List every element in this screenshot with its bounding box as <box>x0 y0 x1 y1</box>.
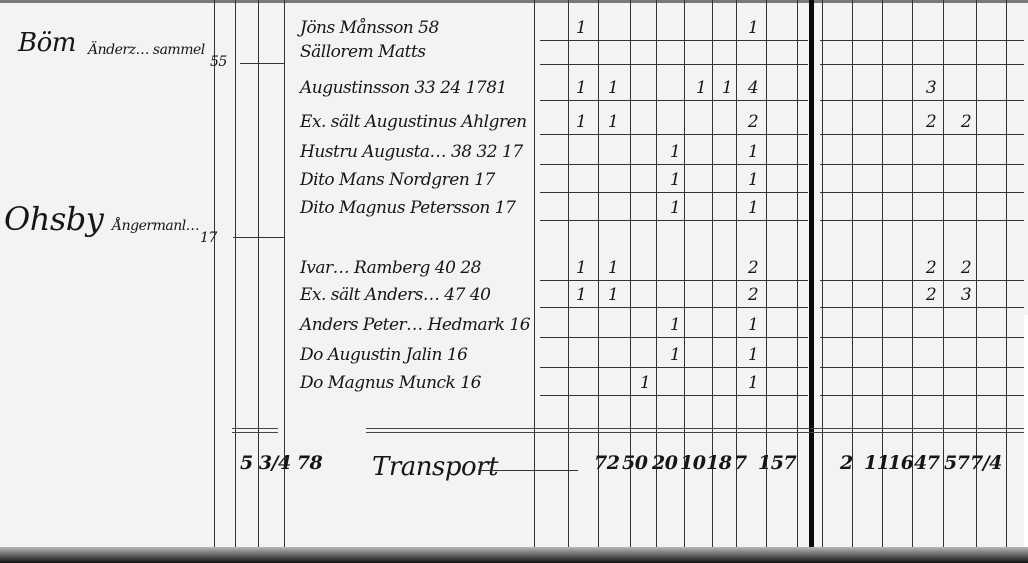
total-cell: 10 <box>680 452 705 474</box>
row-rule <box>540 192 808 193</box>
tally-cell-right: 2 <box>920 112 942 132</box>
column-ruling <box>235 0 236 548</box>
footer-left-value: 5 3/4 78 <box>240 452 322 474</box>
row-rule <box>820 164 1024 165</box>
total-cell: 20 <box>652 452 677 474</box>
rule <box>233 237 285 238</box>
page-bottom-edge <box>0 547 1028 563</box>
row-rule <box>820 134 1024 135</box>
row-rule <box>540 280 808 281</box>
total-cell-right: 2 <box>840 452 853 474</box>
rule <box>240 63 285 64</box>
tally-cell: 1 <box>602 258 624 278</box>
entry-name: Sällorem Matts <box>300 42 426 62</box>
row-rule <box>540 307 808 308</box>
tally-cell: 1 <box>716 78 738 98</box>
entry-name: Do Augustin Jalin 16 <box>300 345 467 365</box>
column-ruling <box>822 0 823 548</box>
row-rule <box>820 307 1024 308</box>
ledger-page: Böm Änderz… sammel 55 Ohsby Ångermanl… 1… <box>0 0 1028 563</box>
row-rule <box>820 337 1024 338</box>
row-rule <box>820 64 1024 65</box>
row-rule <box>540 367 808 368</box>
row-rule <box>820 100 1024 101</box>
total-cell: 7 <box>734 452 747 474</box>
place-num-2: 17 <box>200 230 217 246</box>
row-rule <box>820 280 1024 281</box>
row-rule <box>820 367 1024 368</box>
total-cell: 72 <box>594 452 619 474</box>
total-cell-right: 16 <box>888 452 913 474</box>
tally-cell: 1 <box>742 373 764 393</box>
row-rule <box>540 220 808 221</box>
total-cell-right: 11 <box>864 452 889 474</box>
tally-cell: 1 <box>664 198 686 218</box>
row-rule <box>540 100 808 101</box>
entry-name: Dito Magnus Petersson 17 <box>300 198 515 218</box>
tally-cell: 1 <box>742 198 764 218</box>
column-ruling <box>568 0 569 548</box>
tally-cell: 1 <box>602 78 624 98</box>
row-rule <box>540 134 808 135</box>
rule <box>478 470 578 471</box>
tally-cell: 1 <box>742 142 764 162</box>
page-edge <box>1024 315 1028 563</box>
row-rule <box>540 395 808 396</box>
tally-cell: 1 <box>570 78 592 98</box>
total-cell: 157 <box>758 452 796 474</box>
entry-name: Ivar… Ramberg 40 28 <box>300 258 481 278</box>
tally-cell: 1 <box>690 78 712 98</box>
tally-cell-right: 2 <box>955 258 977 278</box>
tally-cell-right: 2 <box>955 112 977 132</box>
tally-cell: 1 <box>602 285 624 305</box>
row-rule <box>820 220 1024 221</box>
place-name-1: Böm <box>18 28 76 58</box>
tally-cell: 1 <box>570 285 592 305</box>
row-rule <box>540 337 808 338</box>
tally-cell: 1 <box>742 345 764 365</box>
transport-label: Transport <box>372 452 498 482</box>
tally-cell: 1 <box>664 142 686 162</box>
row-rule <box>820 395 1024 396</box>
row-rule <box>820 40 1024 41</box>
tally-cell: 1 <box>602 112 624 132</box>
tally-cell-right: 2 <box>920 285 942 305</box>
total-cell: 50 <box>622 452 647 474</box>
column-ruling <box>534 0 535 548</box>
tally-cell: 2 <box>742 112 764 132</box>
row-rule <box>540 40 808 41</box>
place-name-2: Ohsby <box>4 200 103 238</box>
place-num-1: 55 <box>210 54 227 70</box>
place-note-1: Änderz… sammel <box>88 42 205 58</box>
tally-cell: 1 <box>664 170 686 190</box>
entry-name: Do Magnus Munck 16 <box>300 373 481 393</box>
entry-name: Jöns Månsson 58 <box>300 18 439 38</box>
tally-cell: 4 <box>742 78 764 98</box>
tally-cell-right: 3 <box>955 285 977 305</box>
column-ruling <box>797 0 798 548</box>
tally-cell: 1 <box>570 18 592 38</box>
entry-name: Ex. sält Augustinus Ahlgren <box>300 112 527 132</box>
column-ruling <box>1006 0 1007 548</box>
tally-cell: 1 <box>742 315 764 335</box>
footer-rule <box>366 428 1028 433</box>
top-border <box>0 0 1028 3</box>
footer-rule-left <box>232 428 278 433</box>
entry-name: Augustinsson 33 24 1781 <box>300 78 507 98</box>
tally-cell: 1 <box>570 112 592 132</box>
tally-cell-right: 2 <box>920 258 942 278</box>
place-note-2: Ångermanl… <box>112 218 199 234</box>
entry-name: Dito Mans Nordgren 17 <box>300 170 495 190</box>
tally-cell: 2 <box>742 285 764 305</box>
row-rule <box>820 192 1024 193</box>
tally-cell: 1 <box>664 315 686 335</box>
column-ruling <box>214 0 215 548</box>
tally-cell: 1 <box>742 170 764 190</box>
tally-cell: 2 <box>742 258 764 278</box>
total-cell-right: 7/4 <box>970 452 1002 474</box>
tally-cell: 1 <box>570 258 592 278</box>
row-rule <box>540 64 808 65</box>
total-cell: 18 <box>706 452 731 474</box>
tally-cell-right: 3 <box>920 78 942 98</box>
tally-cell: 1 <box>664 345 686 365</box>
entry-name: Ex. sält Anders… 47 40 <box>300 285 490 305</box>
total-cell-right: 47 <box>914 452 939 474</box>
row-rule <box>540 164 808 165</box>
total-cell-right: 57 <box>944 452 969 474</box>
entry-name: Hustru Augusta… 38 32 17 <box>300 142 523 162</box>
page-fold <box>809 0 814 548</box>
tally-cell: 1 <box>742 18 764 38</box>
entry-name: Anders Peter… Hedmark 16 <box>300 315 530 335</box>
tally-cell: 1 <box>634 373 656 393</box>
